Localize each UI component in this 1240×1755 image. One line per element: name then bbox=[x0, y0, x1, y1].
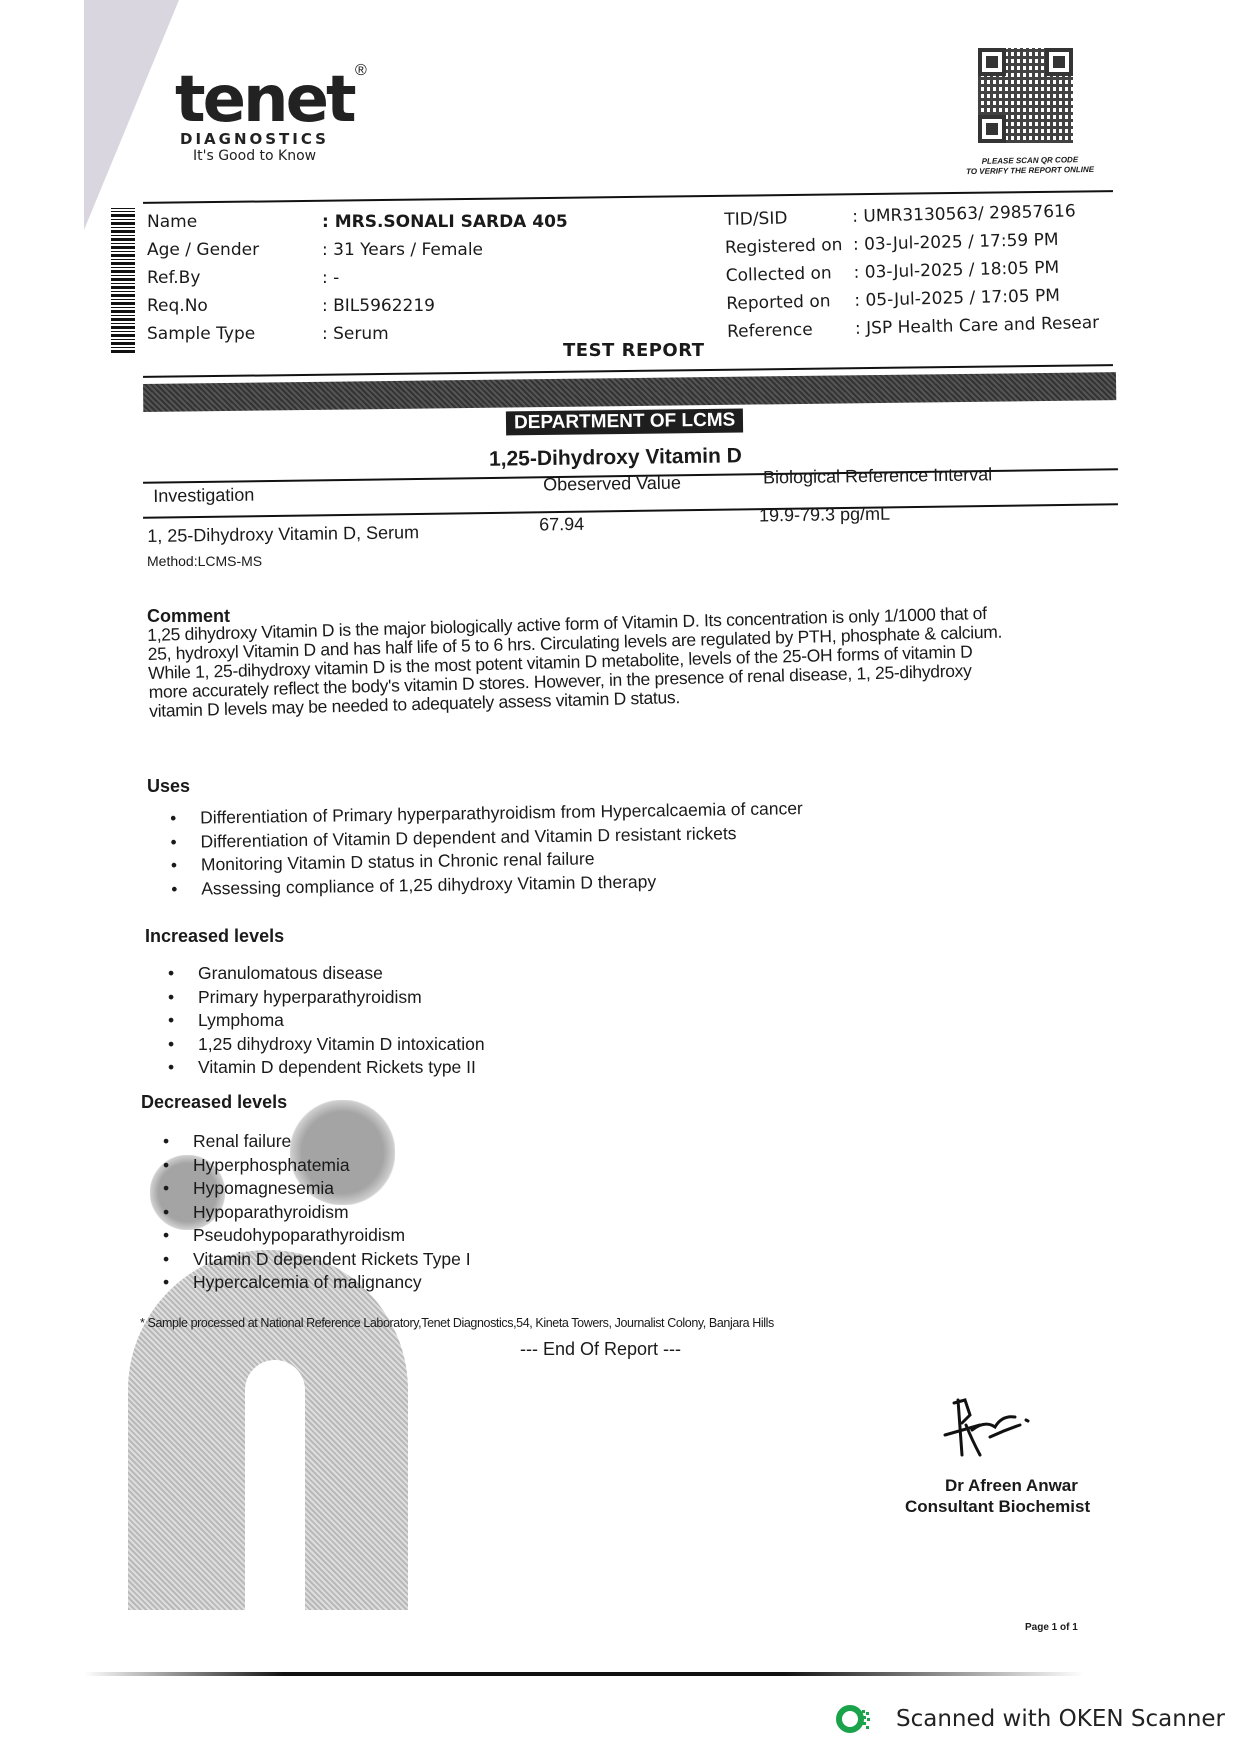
test-title: 1,25-Dihydroxy Vitamin D bbox=[489, 444, 742, 472]
department-title: DEPARTMENT OF LCMS bbox=[506, 409, 744, 436]
scanner-watermark: Scanned with OKEN Scanner bbox=[836, 1704, 1225, 1734]
col-observed-value: Obeserved Value bbox=[543, 473, 681, 496]
list-item: Hypomagnesemia bbox=[163, 1177, 471, 1201]
investigation-name: 1, 25-Dihydroxy Vitamin D, Serum bbox=[147, 522, 419, 547]
brand-tagline: It's Good to Know bbox=[193, 148, 354, 164]
report-type: TEST REPORT bbox=[563, 340, 705, 361]
list-item: Renal failure bbox=[163, 1130, 471, 1154]
brand-name: tenet bbox=[175, 70, 354, 130]
list-item: Vitamin D dependent Rickets type II bbox=[168, 1056, 485, 1080]
list-item: Lymphoma bbox=[168, 1009, 485, 1033]
patient-info: Name: MRS.SONALI SARDA 405 Age / Gender:… bbox=[147, 208, 568, 348]
patient-name-row: Name: MRS.SONALI SARDA 405 bbox=[147, 208, 568, 236]
end-of-report: --- End Of Report --- bbox=[520, 1339, 681, 1360]
increased-list: Granulomatous disease Primary hyperparat… bbox=[168, 962, 485, 1080]
list-item: Hypercalcemia of malignancy bbox=[163, 1271, 471, 1295]
barcode bbox=[111, 208, 135, 353]
results-table-header: Investigation Obeserved Value Biological… bbox=[153, 465, 1113, 508]
signatory-name: Dr Afreen Anwar bbox=[945, 1476, 1078, 1496]
col-investigation: Investigation bbox=[153, 485, 254, 507]
list-item: Primary hyperparathyroidism bbox=[168, 986, 485, 1010]
signatory-title: Consultant Biochemist bbox=[905, 1497, 1090, 1517]
list-item: 1,25 dihydroxy Vitamin D intoxication bbox=[168, 1033, 485, 1057]
list-item: Hyperphosphatemia bbox=[163, 1154, 471, 1178]
comment-text: 1,25 dihydroxy Vitamin D is the major bi… bbox=[147, 601, 1099, 721]
footer-divider bbox=[84, 1672, 1084, 1676]
signature bbox=[940, 1395, 1040, 1470]
scanner-label: Scanned with OKEN Scanner bbox=[896, 1706, 1225, 1732]
list-item: Vitamin D dependent Rickets Type I bbox=[163, 1248, 471, 1272]
page-fold-corner bbox=[84, 0, 179, 230]
qr-caption: PLEASE SCAN QR CODE TO VERIFY THE REPORT… bbox=[955, 155, 1105, 178]
decreased-list: Renal failure Hyperphosphatemia Hypomagn… bbox=[163, 1130, 471, 1295]
list-item: Hypoparathyroidism bbox=[163, 1201, 471, 1225]
patient-reqno-row: Req.No: BIL5962219 bbox=[147, 292, 568, 320]
patient-sample-row: Sample Type: Serum bbox=[147, 320, 568, 348]
processing-footnote: * Sample processed at National Reference… bbox=[140, 1316, 774, 1330]
uses-list: Differentiation of Primary hyperparathyr… bbox=[170, 797, 804, 901]
reference-interval: 19.9-79.3 pg/mL bbox=[759, 504, 890, 527]
verify-qr-code[interactable] bbox=[978, 48, 1073, 143]
col-reference-interval: Biological Reference Interval bbox=[763, 464, 992, 488]
increased-heading: Increased levels bbox=[145, 926, 284, 947]
page-number: Page 1 of 1 bbox=[1025, 1622, 1078, 1633]
observed-value: 67.94 bbox=[539, 514, 584, 536]
oken-scanner-icon bbox=[836, 1704, 874, 1734]
list-item: Granulomatous disease bbox=[168, 962, 485, 986]
registered-mark: ® bbox=[355, 62, 367, 80]
lab-logo: tenet ® DIAGNOSTICS It's Good to Know bbox=[175, 70, 354, 164]
patient-refby-row: Ref.By: - bbox=[147, 264, 568, 292]
sample-info: TID/SID: UMR3130563/ 29857616 Registered… bbox=[724, 197, 1100, 346]
uses-heading: Uses bbox=[147, 776, 190, 797]
decreased-heading: Decreased levels bbox=[141, 1092, 287, 1113]
department-band bbox=[143, 372, 1116, 412]
test-method: Method:LCMS-MS bbox=[147, 553, 262, 569]
list-item: Pseudohypoparathyroidism bbox=[163, 1224, 471, 1248]
patient-age-row: Age / Gender: 31 Years / Female bbox=[147, 236, 568, 264]
